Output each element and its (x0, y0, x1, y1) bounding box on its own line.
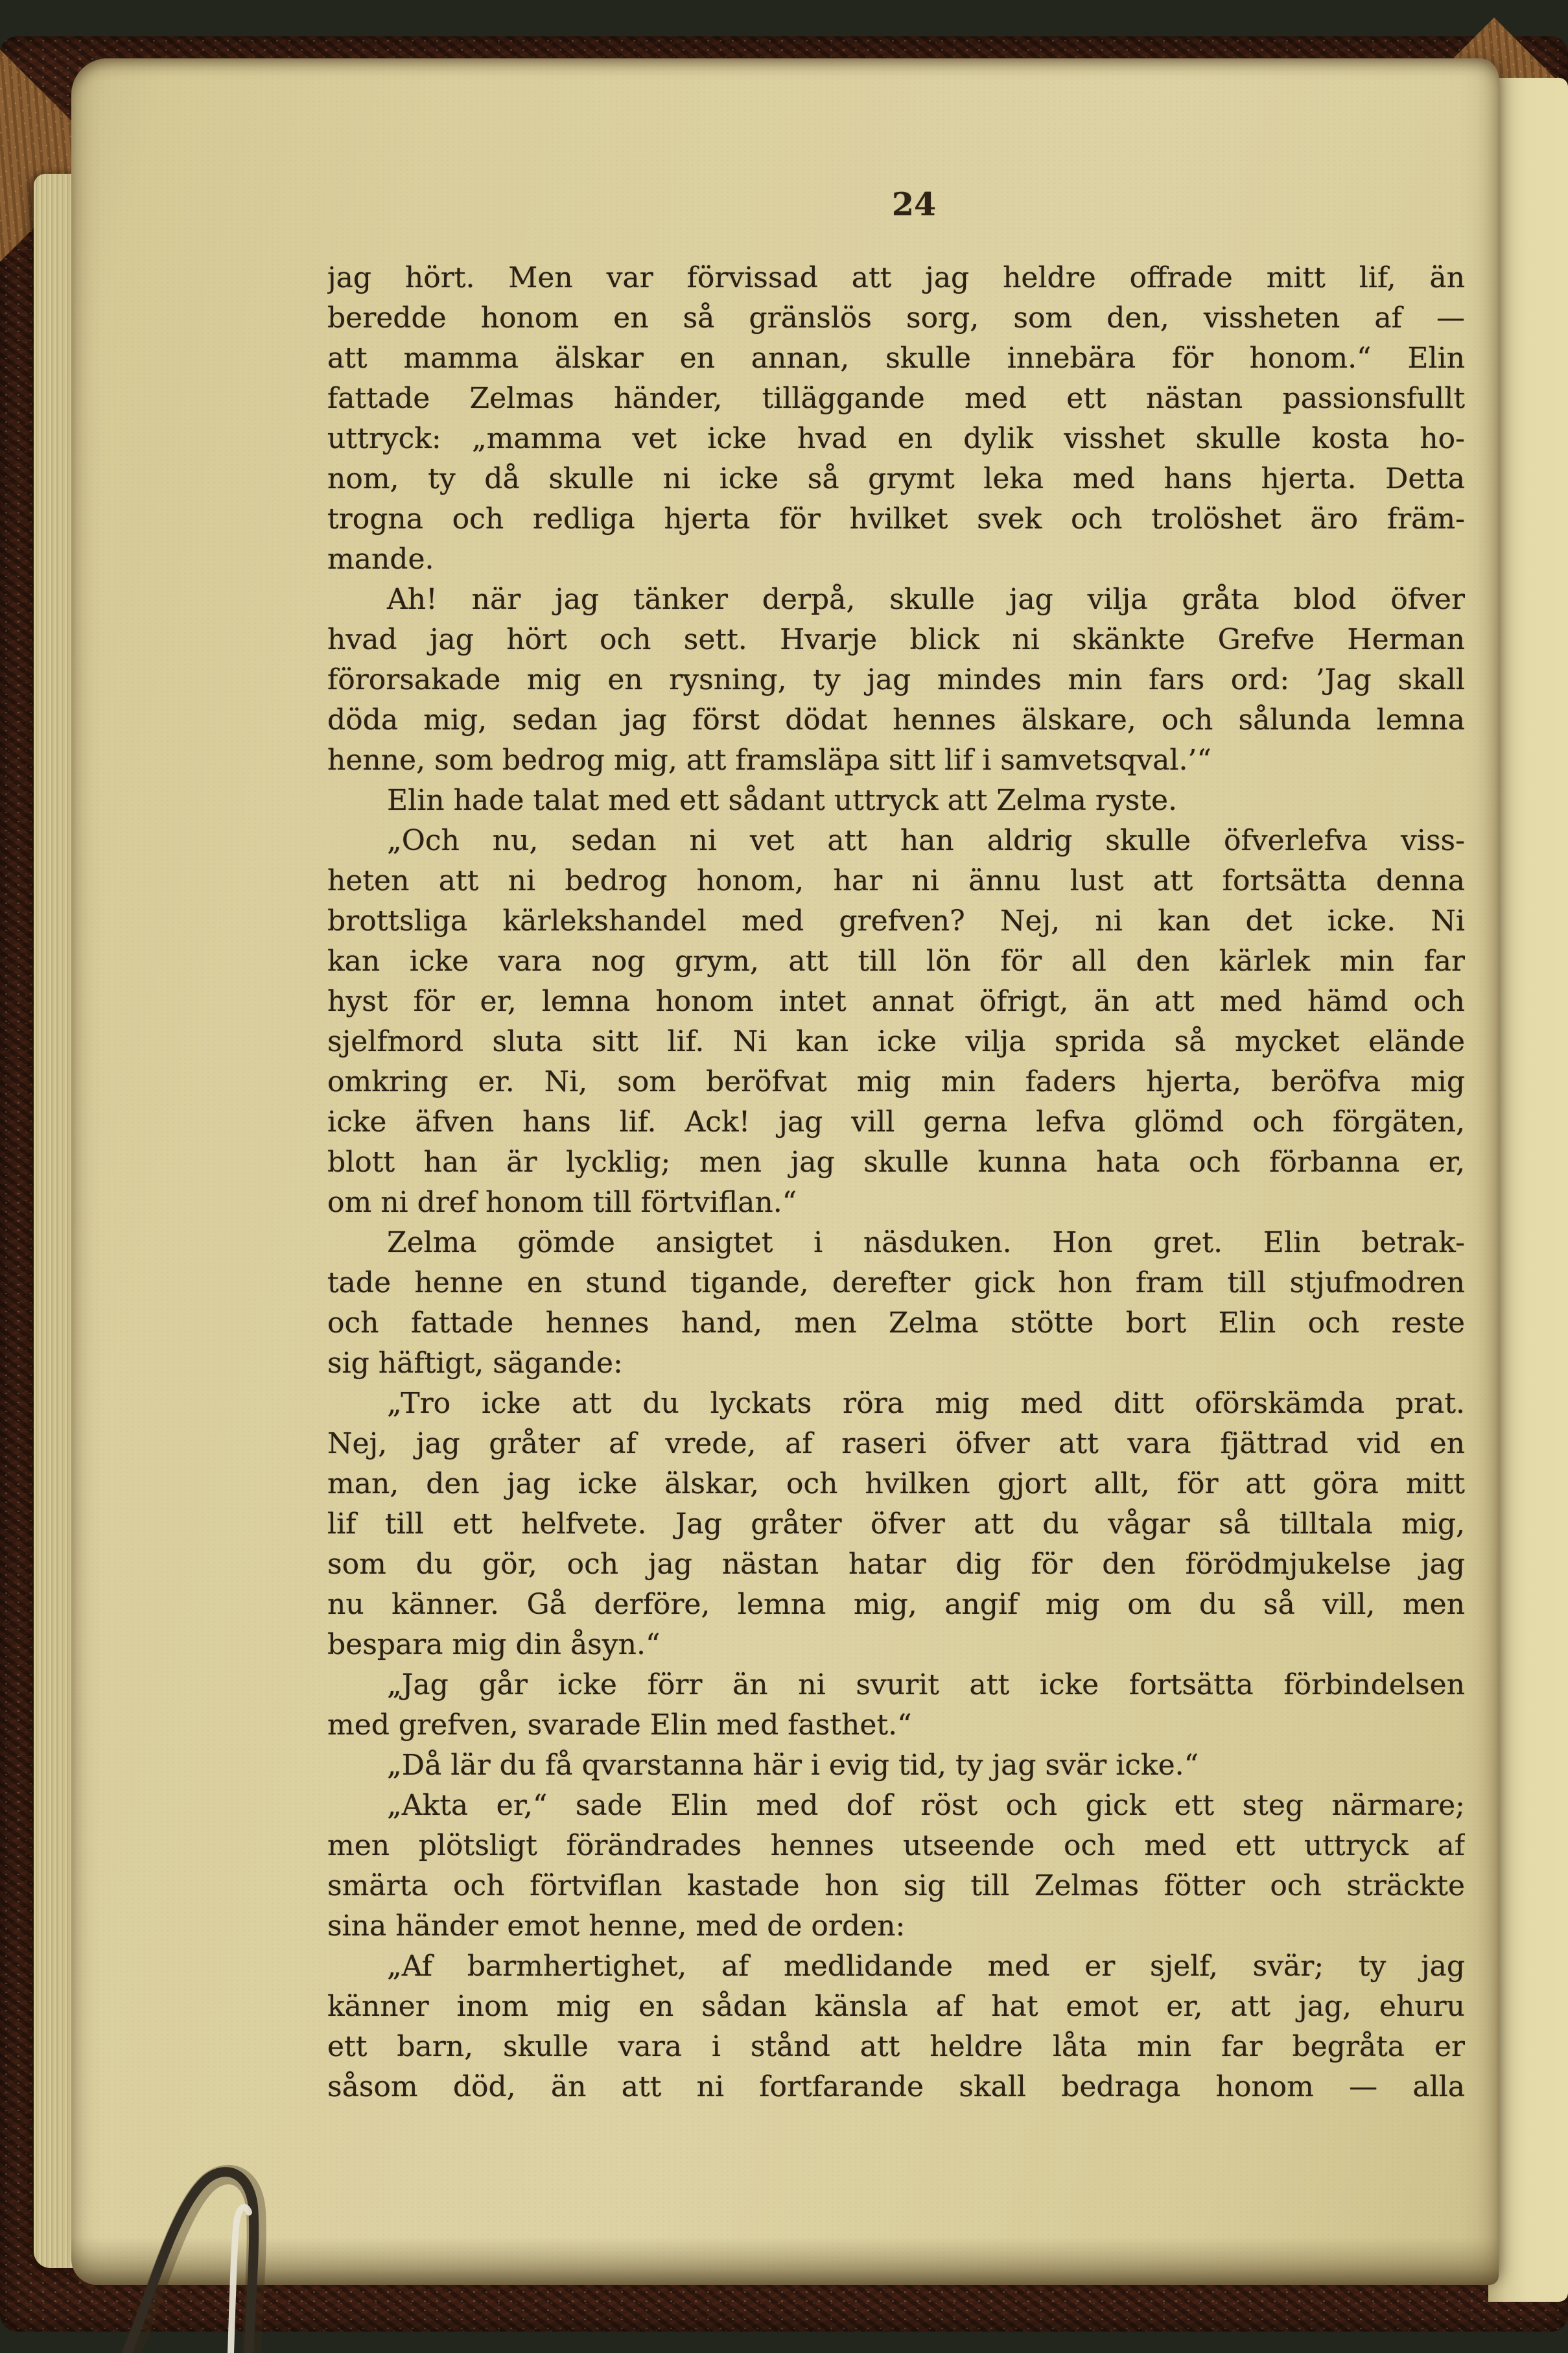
text-line: jag hört. Men var förvissad att jag held… (327, 258, 1465, 298)
text-line: sig häftigt, sägande: (327, 1343, 1465, 1384)
page-holder-clip (97, 2164, 279, 2353)
text-line: bespara mig din åsyn.“ (327, 1625, 1465, 1665)
text-line: blott han är lycklig; men jag skulle kun… (327, 1142, 1465, 1183)
text-line: „Akta er,“ sade Elin med dof röst och gi… (327, 1786, 1465, 1826)
text-line: tade henne en stund tigande, derefter gi… (327, 1263, 1465, 1303)
text-line: och fattade hennes hand, men Zelma stött… (327, 1303, 1465, 1343)
text-line: „Och nu, sedan ni vet att han aldrig sku… (327, 821, 1465, 861)
book-page: 24 jag hört. Men var förvissad att jag h… (71, 58, 1499, 2285)
text-line: såsom död, än att ni fortfarande skall b… (327, 2067, 1465, 2107)
book-photo-scene: 24 jag hört. Men var förvissad att jag h… (0, 0, 1568, 2353)
text-line: kan icke vara nog grym, att till lön för… (327, 941, 1465, 982)
text-line: icke äfven hans lif. Ack! jag vill gerna… (327, 1102, 1465, 1142)
text-line: mande. (327, 539, 1465, 580)
text-line: döda mig, sedan jag först dödat hennes ä… (327, 700, 1465, 740)
text-line: „Af barmhertighet, af medlidande med er … (327, 1946, 1465, 1987)
text-line: om ni dref honom till förtviflan.“ (327, 1183, 1465, 1223)
text-line: förorsakade mig en rysning, ty jag minde… (327, 660, 1465, 700)
text-line: Elin hade talat med ett sådant uttryck a… (327, 781, 1465, 821)
text-line: trogna och redliga hjerta för hvilket sv… (327, 499, 1465, 539)
text-line: fattade Zelmas händer, tilläggande med e… (327, 379, 1465, 419)
text-line: omkring er. Ni, som beröfvat mig min fad… (327, 1062, 1465, 1102)
text-line: Nej, jag gråter af vrede, af raseri öfve… (327, 1424, 1465, 1464)
text-line: brottsliga kärlekshandel med grefven? Ne… (327, 901, 1465, 941)
page-number: 24 (331, 185, 1497, 223)
text-line: Zelma gömde ansigtet i näsduken. Hon gre… (327, 1223, 1465, 1263)
text-line: heten att ni bedrog honom, har ni ännu l… (327, 861, 1465, 901)
text-line: sjelfmord sluta sitt lif. Ni kan icke vi… (327, 1022, 1465, 1062)
text-line: nom, ty då skulle ni icke så grymt leka … (327, 459, 1465, 499)
text-line: man, den jag icke älskar, och hvilken gj… (327, 1464, 1465, 1504)
text-line: „Tro icke att du lyckats röra mig med di… (327, 1384, 1465, 1424)
text-line: beredde honom en så gränslös sorg, som d… (327, 298, 1465, 338)
text-line: „Jag går icke förr än ni svurit att icke… (327, 1665, 1465, 1705)
text-line: henne, som bedrog mig, att framsläpa sit… (327, 740, 1465, 781)
adjacent-page (1488, 78, 1568, 2302)
text-line: Ah! när jag tänker derpå, skulle jag vil… (327, 580, 1465, 620)
text-line: känner inom mig en sådan känsla af hat e… (327, 1987, 1465, 2027)
text-block: jag hört. Men var förvissad att jag held… (327, 258, 1465, 2107)
text-line: att mamma älskar en annan, skulle innebä… (327, 338, 1465, 379)
text-line: lif till ett helfvete. Jag gråter öfver … (327, 1504, 1465, 1544)
text-line: som du gör, och jag nästan hatar dig för… (327, 1544, 1465, 1585)
text-line: med grefven, svarade Elin med fasthet.“ (327, 1705, 1465, 1745)
text-line: smärta och förtviflan kastade hon sig ti… (327, 1866, 1465, 1906)
text-line: ett barn, skulle vara i stånd att heldre… (327, 2027, 1465, 2067)
text-line: hvad jag hört och sett. Hvarje blick ni … (327, 620, 1465, 660)
text-line: hyst för er, lemna honom intet annat öfr… (327, 982, 1465, 1022)
page-bottom-shadow (71, 2237, 1499, 2285)
text-line: „Då lär du få qvarstanna här i evig tid,… (327, 1745, 1465, 1786)
text-line: sina händer emot henne, med de orden: (327, 1906, 1465, 1946)
text-line: uttryck: „mamma vet icke hvad en dylik v… (327, 419, 1465, 459)
text-line: men plötsligt förändrades hennes utseend… (327, 1826, 1465, 1866)
text-line: nu känner. Gå derföre, lemna mig, angif … (327, 1585, 1465, 1625)
